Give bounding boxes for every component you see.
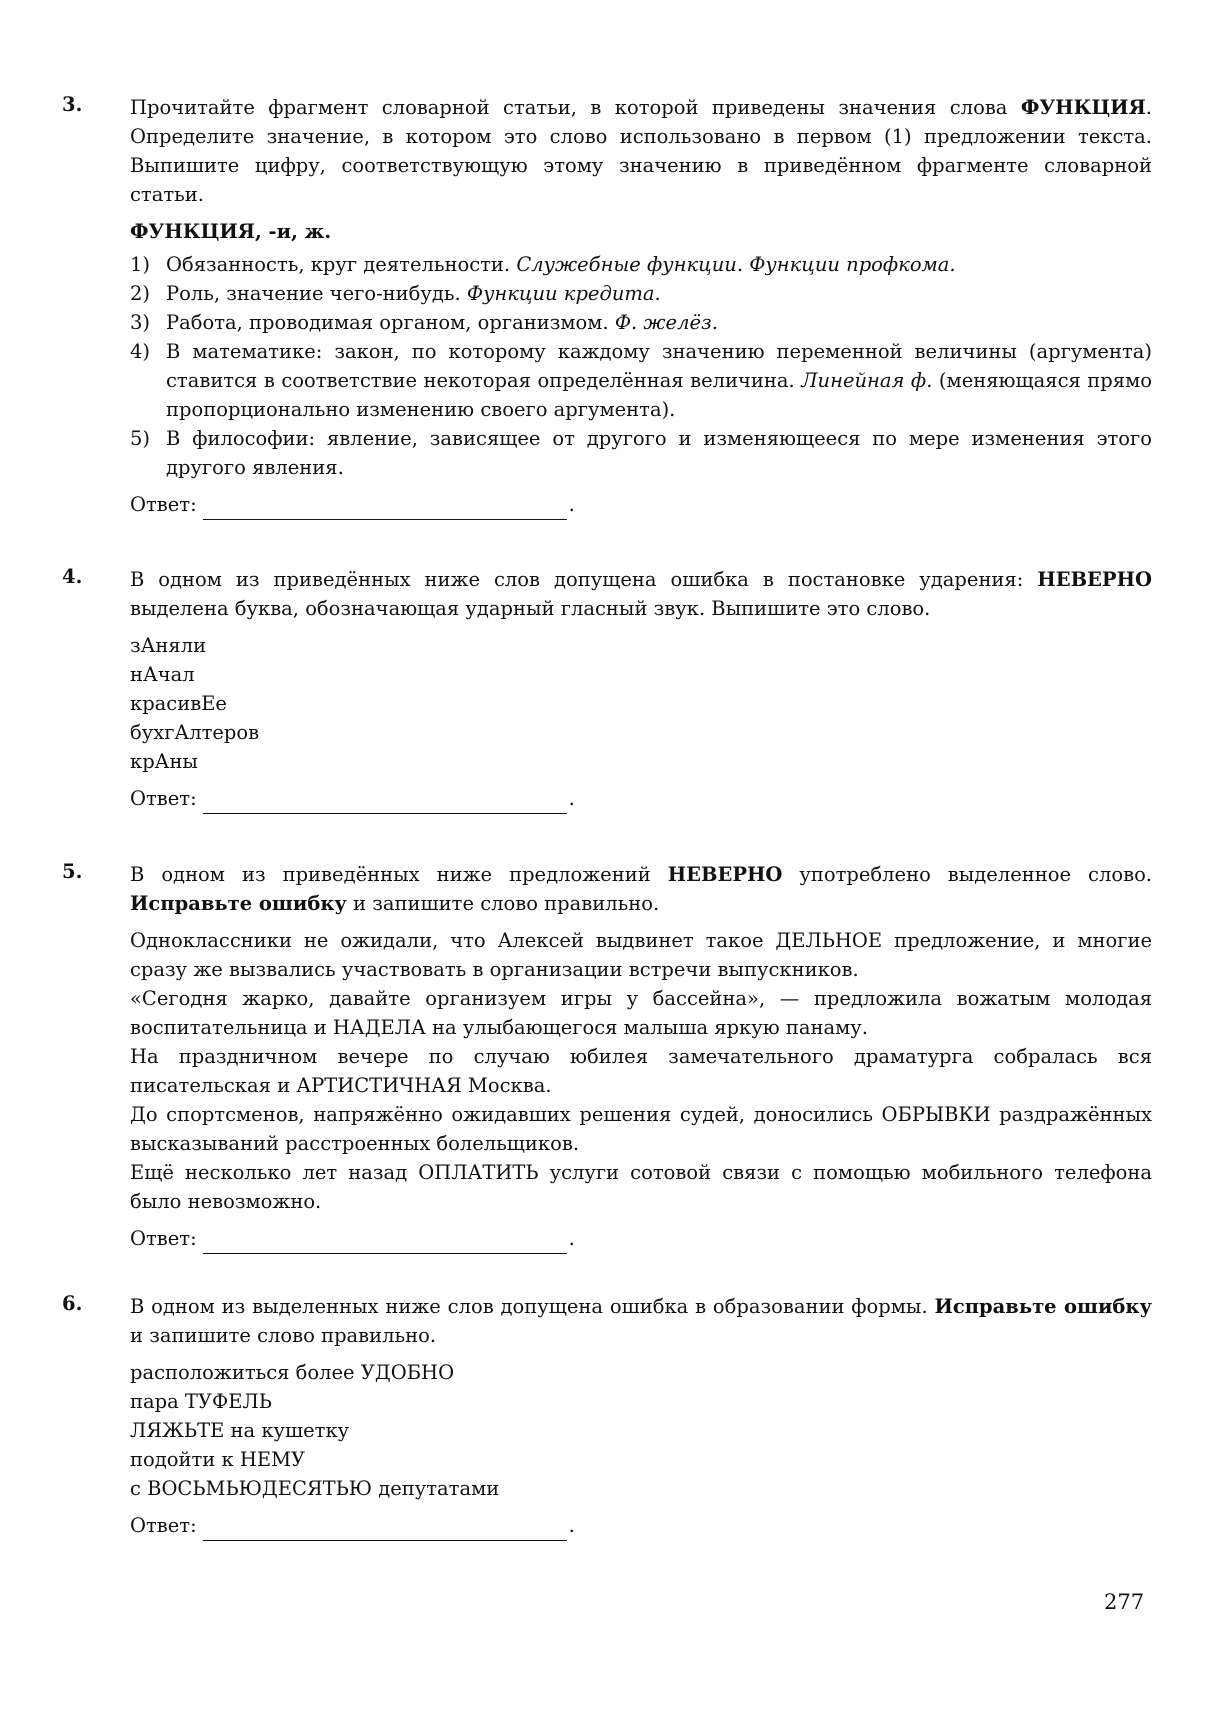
word-item: нАчал (130, 660, 1152, 689)
task-prompt: Прочитайте фрагмент словарной статьи, в … (130, 93, 1152, 209)
dictionary-headword: ФУНКЦИЯ, -и, ж. (130, 217, 1152, 246)
task-6: 6. В одном из выделенных ниже слов допущ… (62, 1292, 1152, 1541)
task-number: 6. (62, 1292, 82, 1315)
answer-label: Ответ: (130, 1511, 197, 1541)
answer-label: Ответ: (130, 490, 197, 520)
phrase-item: расположиться более УДОБНО (130, 1358, 1152, 1387)
definition-item: 5)В философии: явление, зависящее от дру… (130, 424, 1152, 482)
task-3: 3. Прочитайте фрагмент словарной статьи,… (62, 93, 1152, 520)
word-list: зАняли нАчал красивЕе бухгАлтеров крАны (130, 631, 1152, 776)
task-5: 5. В одном из приведённых ниже предложен… (62, 860, 1152, 1254)
answer-field[interactable] (203, 1231, 567, 1254)
definition-item: 3)Работа, проводимая органом, организмом… (130, 308, 1152, 337)
word-item: красивЕе (130, 689, 1152, 718)
phrase-item: с ВОСЬМЬЮДЕСЯТЬЮ депутатами (130, 1474, 1152, 1503)
answer-field[interactable] (203, 1518, 567, 1541)
task-prompt: В одном из выделенных ниже слов допущена… (130, 1292, 1152, 1350)
task-number: 3. (62, 93, 82, 116)
task-number: 4. (62, 565, 82, 588)
definition-item: 4)В математике: закон, по которому каждо… (130, 337, 1152, 424)
answer-row: Ответ: . (130, 490, 1152, 520)
task-prompt: В одном из приведённых ниже слов допущен… (130, 565, 1152, 623)
sentence: Одноклассники не ожидали, что Алексей вы… (130, 926, 1152, 984)
phrase-item: подойти к НЕМУ (130, 1445, 1152, 1474)
sentence: «Сегодня жарко, давайте организуем игры … (130, 984, 1152, 1042)
phrase-item: пара ТУФЕЛЬ (130, 1387, 1152, 1416)
answer-field[interactable] (203, 497, 567, 520)
definition-item: 2)Роль, значение чего-нибудь. Функции кр… (130, 279, 1152, 308)
sentence: На праздничном вечере по случаю юбилея з… (130, 1042, 1152, 1100)
phrase-list: расположиться более УДОБНО пара ТУФЕЛЬ Л… (130, 1358, 1152, 1503)
answer-label: Ответ: (130, 784, 197, 814)
page-number: 277 (1104, 1590, 1144, 1614)
sentence: До спортсменов, напряжённо ожидавших реш… (130, 1100, 1152, 1158)
answer-field[interactable] (203, 791, 567, 814)
task-prompt: В одном из приведённых ниже предложений … (130, 860, 1152, 918)
task-4: 4. В одном из приведённых ниже слов допу… (62, 565, 1152, 814)
definition-item: 1)Обязанность, круг деятельности. Служеб… (130, 250, 1152, 279)
definitions-list: 1)Обязанность, круг деятельности. Служеб… (130, 250, 1152, 482)
task-number: 5. (62, 860, 82, 883)
sentence: Ещё несколько лет назад ОПЛАТИТЬ услуги … (130, 1158, 1152, 1216)
answer-label: Ответ: (130, 1224, 197, 1254)
phrase-item: ЛЯЖЬТЕ на кушетку (130, 1416, 1152, 1445)
answer-row: Ответ: . (130, 784, 1152, 814)
answer-row: Ответ: . (130, 1224, 1152, 1254)
answer-row: Ответ: . (130, 1511, 1152, 1541)
word-item: бухгАлтеров (130, 718, 1152, 747)
word-item: крАны (130, 747, 1152, 776)
word-item: зАняли (130, 631, 1152, 660)
